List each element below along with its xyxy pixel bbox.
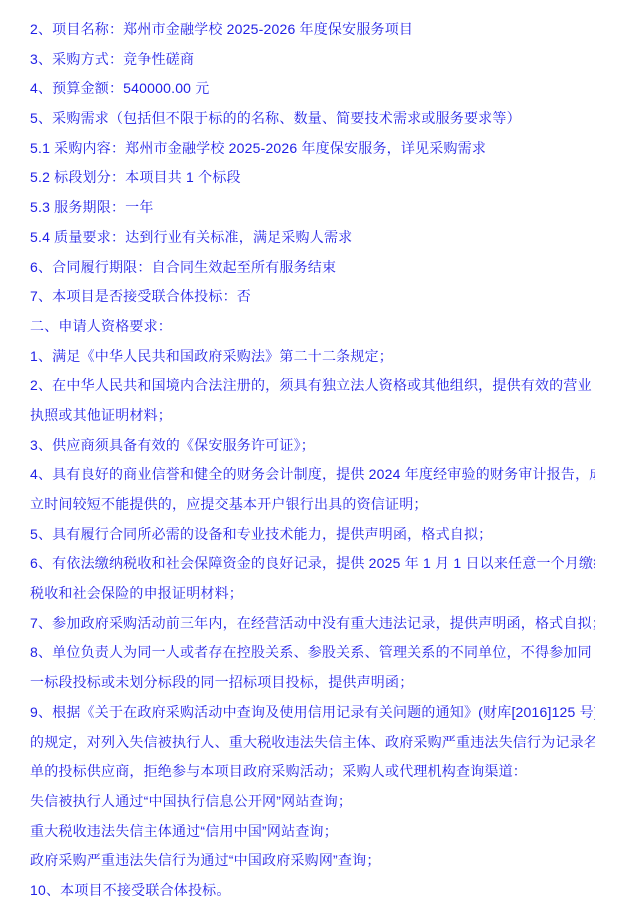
document-line: 10、本项目不接受联合体投标。 bbox=[30, 876, 595, 906]
document-line: 5.2 标段划分：本项目共 1 个标段 bbox=[30, 163, 595, 193]
document-line: 9、根据《关于在政府采购活动中查询及使用信用记录有关问题的通知》(财库[2016… bbox=[30, 698, 595, 728]
document-line: 税收和社会保险的申报证明材料； bbox=[30, 579, 595, 609]
document-line: 8、单位负责人为同一人或者存在控股关系、参股关系、管理关系的不同单位，不得参加同 bbox=[30, 638, 595, 668]
document-line: 7、本项目是否接受联合体投标：否 bbox=[30, 282, 595, 312]
document-line: 3、采购方式：竞争性磋商 bbox=[30, 45, 595, 75]
document-line: 7、参加政府采购活动前三年内，在经营活动中没有重大违法记录，提供声明函，格式自拟… bbox=[30, 609, 595, 639]
document-line: 4、具有良好的商业信誉和健全的财务会计制度，提供 2024 年度经审验的财务审计… bbox=[30, 460, 595, 490]
document-line: 4、预算金额：540000.00 元 bbox=[30, 74, 595, 104]
document-line: 失信被执行人通过“中国执行信息公开网”网站查询； bbox=[30, 787, 595, 817]
document-line: 6、合同履行期限：自合同生效起至所有服务结束 bbox=[30, 253, 595, 283]
document-line: 5、具有履行合同所必需的设备和专业技术能力，提供声明函，格式自拟； bbox=[30, 520, 595, 550]
document-line: 5、采购需求（包括但不限于标的的名称、数量、简要技术需求或服务要求等） bbox=[30, 104, 595, 134]
document-line: 5.4 质量要求：达到行业有关标准，满足采购人需求 bbox=[30, 223, 595, 253]
section-heading: 二、申请人资格要求： bbox=[30, 312, 595, 342]
document-line: 5.3 服务期限：一年 bbox=[30, 193, 595, 223]
document-line: 立时间较短不能提供的，应提交基本开户银行出具的资信证明； bbox=[30, 490, 595, 520]
document-line: 2、项目名称：郑州市金融学校 2025-2026 年度保安服务项目 bbox=[30, 15, 595, 45]
document-line: 政府采购严重违法失信行为通过“中国政府采购网”查询； bbox=[30, 846, 595, 876]
document-line: 一标段投标或未划分标段的同一招标项目投标，提供声明函； bbox=[30, 668, 595, 698]
document-line: 单的投标供应商，拒绝参与本项目政府采购活动；采购人或代理机构查询渠道： bbox=[30, 757, 595, 787]
document-line: 3、供应商须具备有效的《保安服务许可证》； bbox=[30, 431, 595, 461]
document-line: 5.1 采购内容：郑州市金融学校 2025-2026 年度保安服务，详见采购需求 bbox=[30, 134, 595, 164]
document-line: 执照或其他证明材料； bbox=[30, 401, 595, 431]
document-line: 重大税收违法失信主体通过“信用中国”网站查询； bbox=[30, 817, 595, 847]
document-line: 6、有依法缴纳税收和社会保障资金的良好记录，提供 2025 年 1 月 1 日以… bbox=[30, 549, 595, 579]
document-line: 的规定，对列入失信被执行人、重大税收违法失信主体、政府采购严重违法失信行为记录名 bbox=[30, 728, 595, 758]
document-page: 2、项目名称：郑州市金融学校 2025-2026 年度保安服务项目 3、采购方式… bbox=[0, 0, 619, 914]
document-line: 1、满足《中华人民共和国政府采购法》第二十二条规定； bbox=[30, 342, 595, 372]
document-line: 2、在中华人民共和国境内合法注册的，须具有独立法人资格或其他组织，提供有效的营业 bbox=[30, 371, 595, 401]
